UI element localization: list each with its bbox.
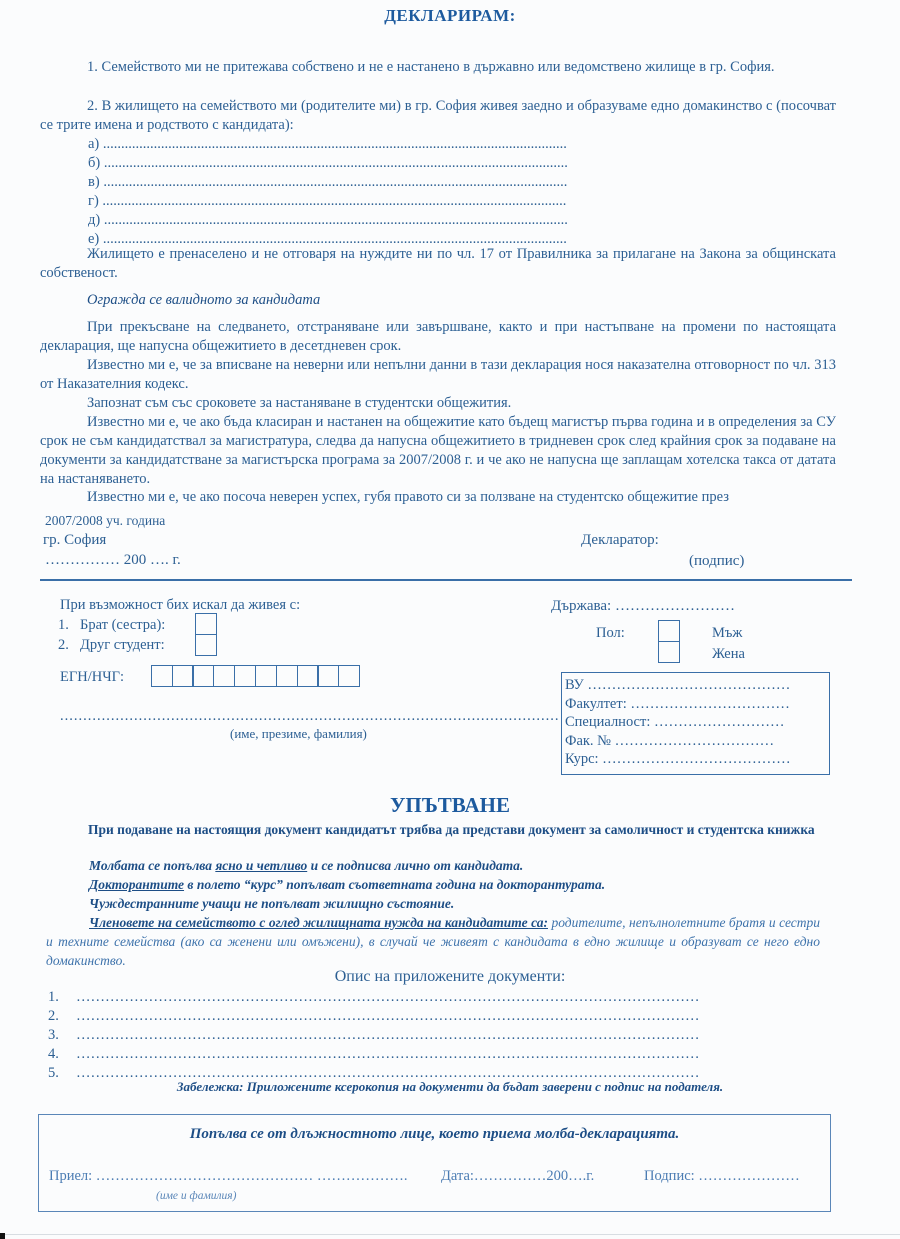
checkbox-female[interactable] bbox=[658, 641, 680, 663]
live-with-options: 1. Брат (сестра): 2. Друг студент: bbox=[58, 615, 195, 655]
relative-row[interactable]: в) .....................................… bbox=[88, 173, 748, 192]
gender-male-label: Мъж bbox=[712, 624, 742, 643]
city: гр. София bbox=[43, 531, 106, 550]
relative-row[interactable]: г) .....................................… bbox=[88, 192, 748, 211]
checkbox-other-student[interactable] bbox=[195, 634, 217, 656]
relative-field[interactable]: ........................................… bbox=[103, 136, 567, 152]
scan-mark bbox=[0, 1233, 5, 1239]
attachment-row[interactable]: 1.……………………………………………………………………………………………………… bbox=[48, 988, 828, 1007]
relative-row[interactable]: б) .....................................… bbox=[88, 154, 748, 173]
attachments-list: 1.……………………………………………………………………………………………………… bbox=[48, 988, 828, 1083]
section-divider bbox=[40, 579, 852, 581]
checkbox-male[interactable] bbox=[658, 620, 680, 642]
option-sibling: 1. Брат (сестра): bbox=[58, 615, 195, 635]
received-signature-field[interactable]: Подпис: ………………… bbox=[644, 1167, 800, 1186]
relative-row[interactable]: д) .....................................… bbox=[88, 211, 748, 230]
egn-digit[interactable] bbox=[255, 665, 277, 687]
course-field[interactable]: Курс: ………………………………… bbox=[565, 750, 829, 769]
circle-note: Огражда се валидното за кандидата bbox=[87, 291, 320, 310]
attachments-note: Забележка: Приложените ксерокопия на док… bbox=[0, 1077, 900, 1096]
country-field[interactable]: Държава: …………………… bbox=[551, 597, 735, 616]
declarant-label: Декларатор: bbox=[581, 531, 659, 550]
para-master: Известно ми е, че ако бъда класиран и на… bbox=[40, 413, 836, 489]
full-name-caption: (име, презиме, фамилия) bbox=[230, 724, 367, 743]
official-box: Попълва се от длъжностното лице, което п… bbox=[38, 1114, 831, 1212]
overcrowded-statement[interactable]: Жилището е пренаселено и не отговаря на … bbox=[40, 245, 836, 283]
egn-digit[interactable] bbox=[192, 665, 214, 687]
para-liability: Известно ми е, че за вписване на неверни… bbox=[40, 356, 836, 394]
instruction-line-3: Чуждестранните учащи не попълват жилищно… bbox=[89, 894, 454, 913]
relative-field[interactable]: ........................................… bbox=[103, 174, 567, 190]
page-edge bbox=[0, 1234, 900, 1235]
signature-label: (подпис) bbox=[689, 552, 744, 571]
option-other-student: 2. Друг студент: bbox=[58, 635, 195, 655]
egn-digit[interactable] bbox=[338, 665, 360, 687]
date-line[interactable]: …………… 200 …. г. bbox=[45, 551, 181, 570]
faculty-number-field[interactable]: Фак. № …………………………… bbox=[565, 732, 829, 751]
instruction-line-4: Членовете на семейството с оглед жилищна… bbox=[46, 913, 820, 970]
official-title: Попълва се от длъжностното лице, което п… bbox=[39, 1125, 830, 1144]
relative-row[interactable]: а) .....................................… bbox=[88, 135, 748, 154]
university-box: ВУ …………………………………… Факултет: …………………………… … bbox=[561, 672, 830, 775]
instruction-line-2: Докторантите в полето “курс” попълват съ… bbox=[89, 875, 605, 894]
egn-digit[interactable] bbox=[234, 665, 256, 687]
attachment-row[interactable]: 2.……………………………………………………………………………………………………… bbox=[48, 1007, 828, 1026]
checkbox-sibling[interactable] bbox=[195, 613, 217, 635]
faculty-field[interactable]: Факултет: …………………………… bbox=[565, 695, 829, 714]
egn-digit[interactable] bbox=[151, 665, 173, 687]
received-name-caption: (име и фамилия) bbox=[156, 1187, 236, 1206]
para-grades: Известно ми е, че ако посоча неверен усп… bbox=[40, 488, 836, 507]
specialty-field[interactable]: Специалност: ……………………… bbox=[565, 713, 829, 732]
attachments-title: Опис на приложените документи: bbox=[0, 967, 900, 986]
received-date-field[interactable]: Дата:……………200….г. bbox=[441, 1167, 594, 1186]
declaration-item-1: 1. Семейството ми не притежава собствено… bbox=[40, 58, 836, 77]
instructions-intro: При подаване на настоящия документ канди… bbox=[46, 820, 820, 839]
instruction-line-1: Молбата се попълва ясно и четливо и се п… bbox=[89, 856, 523, 875]
relative-field[interactable]: ........................................… bbox=[104, 155, 568, 171]
gender-label: Пол: bbox=[596, 624, 625, 643]
attachment-row[interactable]: 4.……………………………………………………………………………………………………… bbox=[48, 1045, 828, 1064]
para-interrupt: При прекъсване на следването, отстранява… bbox=[40, 318, 836, 356]
para-deadlines: Запознат съм със сроковете за настаняван… bbox=[40, 394, 836, 413]
instructions-title: УПЪТВАНЕ bbox=[0, 793, 900, 818]
declaration-item-2: 2. В жилището на семейството ми (родител… bbox=[40, 97, 836, 135]
received-by-field[interactable]: Приел: ……………………………………… ………………. bbox=[49, 1167, 408, 1186]
relatives-list: а) .....................................… bbox=[88, 135, 748, 249]
egn-label: ЕГН/НЧГ: bbox=[60, 668, 124, 687]
egn-digit[interactable] bbox=[317, 665, 339, 687]
declaration-title: ДЕКЛАРИРАМ: bbox=[0, 6, 900, 26]
relative-field[interactable]: ........................................… bbox=[102, 193, 566, 209]
university-field[interactable]: ВУ …………………………………… bbox=[565, 676, 829, 695]
egn-digit[interactable] bbox=[213, 665, 235, 687]
egn-input[interactable] bbox=[152, 665, 360, 687]
live-with-label: При възможност бих искал да живея с: bbox=[60, 596, 300, 615]
egn-digit[interactable] bbox=[276, 665, 298, 687]
gender-female-label: Жена bbox=[712, 645, 745, 664]
academic-year: 2007/2008 уч. година bbox=[45, 511, 165, 530]
attachment-row[interactable]: 3.……………………………………………………………………………………………………… bbox=[48, 1026, 828, 1045]
egn-digit[interactable] bbox=[172, 665, 194, 687]
relative-field[interactable]: ........................................… bbox=[104, 212, 568, 228]
egn-digit[interactable] bbox=[297, 665, 319, 687]
